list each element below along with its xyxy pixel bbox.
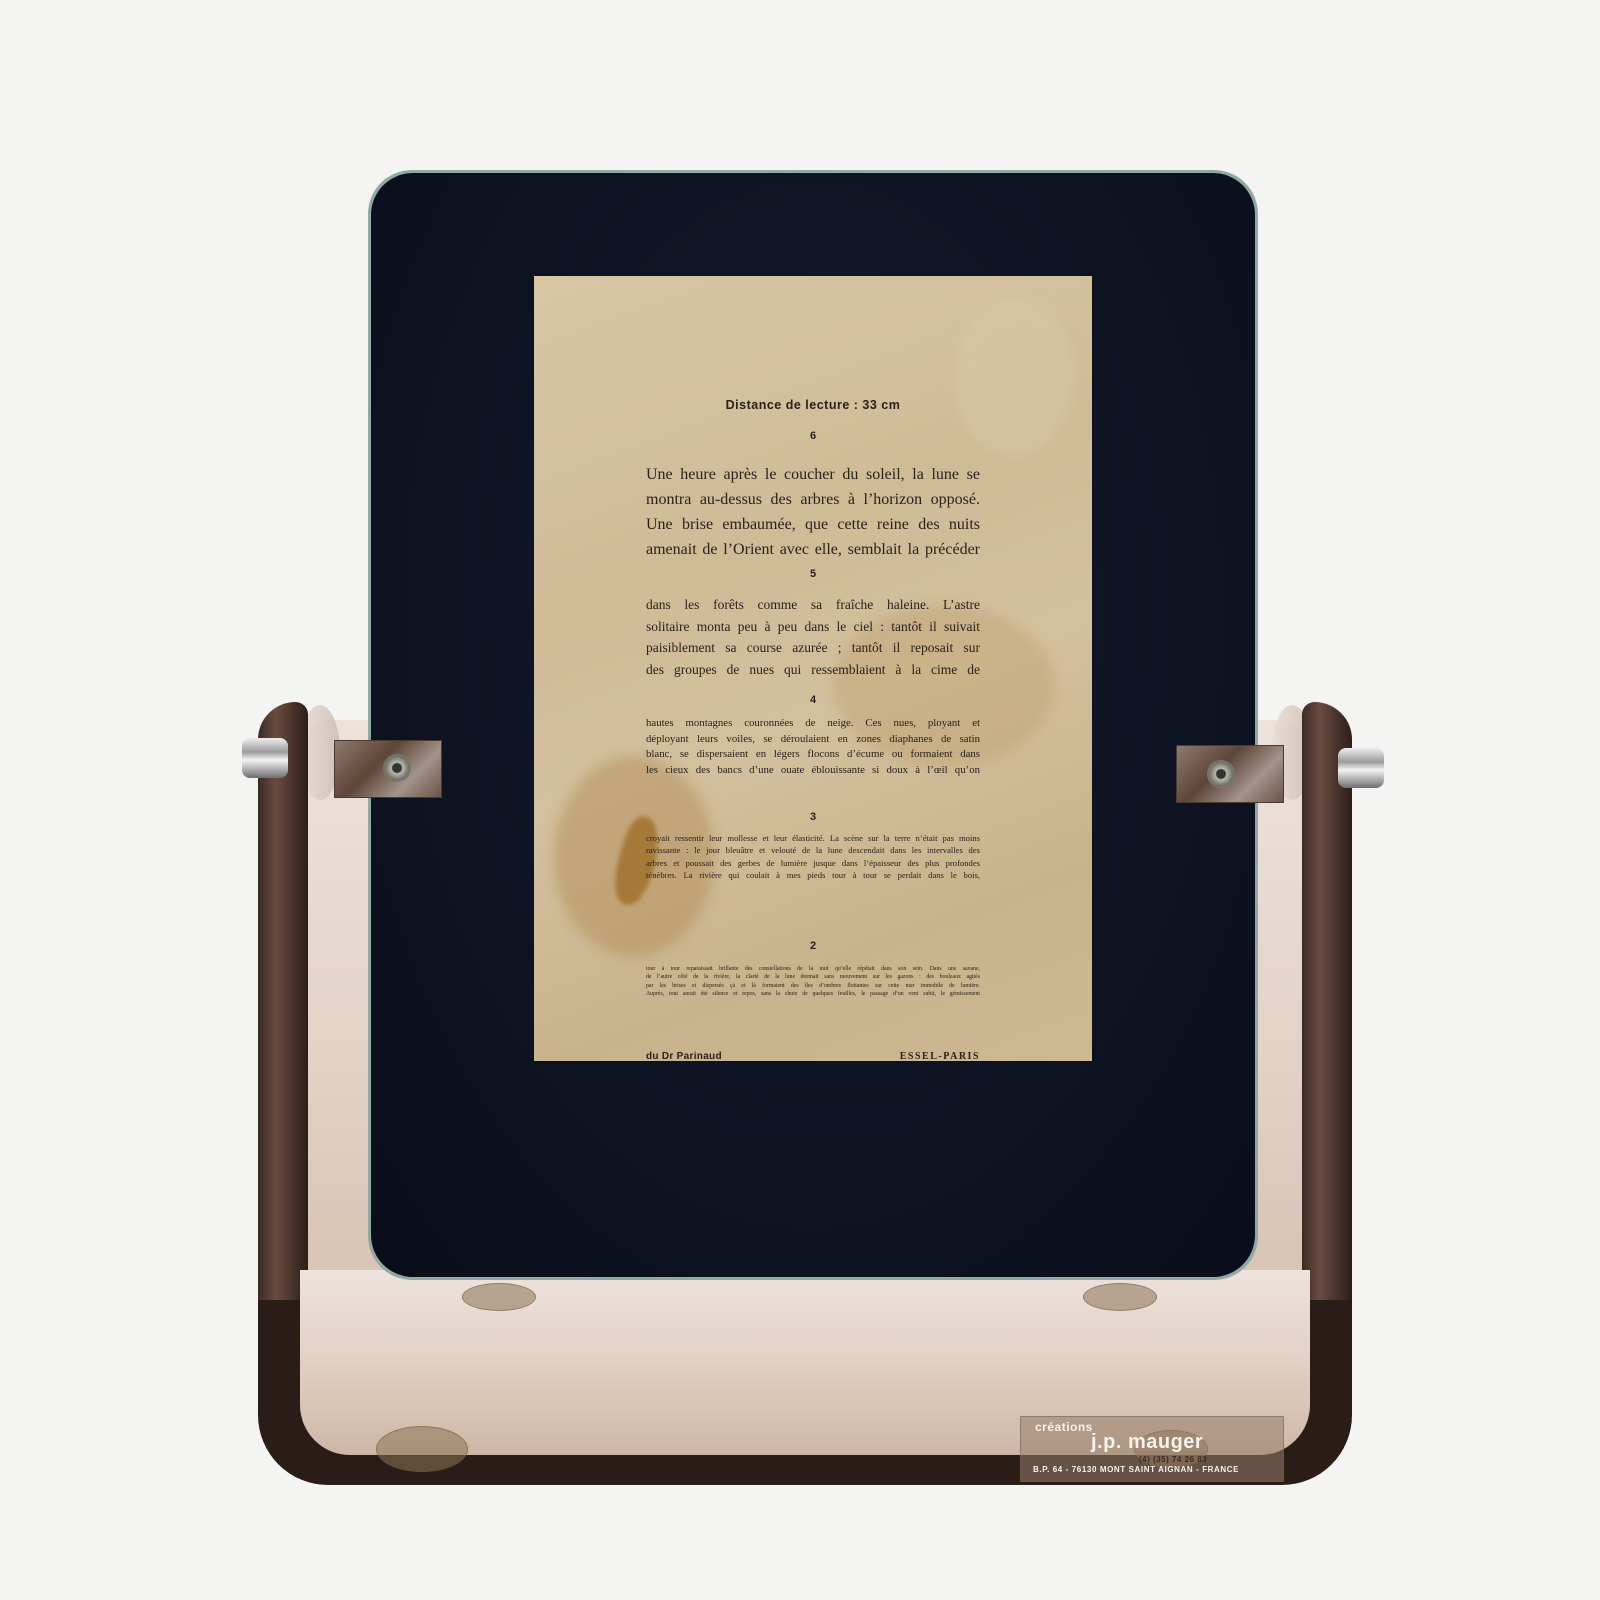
text-line: solitaire monta peu à peu dans le ciel :…	[646, 616, 980, 638]
reading-test-card: Distance de lecture : 33 cm 6 Une heure …	[534, 276, 1092, 1061]
chrome-knob-right	[1338, 748, 1384, 788]
text-line: déployant leurs voiles, se déroulaient e…	[646, 732, 980, 748]
product-photo: Distance de lecture : 33 cm 6 Une heure …	[0, 0, 1600, 1600]
section-number: 5	[534, 568, 1092, 580]
text-line: ténèbres. La rivière qui coulait à mes p…	[646, 869, 980, 881]
maker-brand: j.p. mauger	[1091, 1431, 1203, 1454]
maker-label: créations j.p. mauger (4) (35) 74 26 83 …	[1020, 1416, 1284, 1482]
metal-bracket-right	[1176, 745, 1284, 803]
text-line: tour à tour reparaissait brillante des c…	[646, 965, 980, 973]
text-line: Une heure après le coucher du soleil, la…	[646, 462, 980, 487]
text-line: hautes montagnes couronnées de neige. Ce…	[646, 716, 980, 732]
maker-label-line: créations	[1035, 1420, 1093, 1434]
text-line: par les brises et dispersés çà et là for…	[646, 982, 980, 990]
section-number: 4	[534, 694, 1092, 706]
acrylic-stand-right-arm	[1302, 702, 1352, 1312]
text-line: Auprès, tout aurait été silence et repos…	[646, 990, 980, 998]
card-footer: du Dr Parinaud ESSEL-PARIS	[646, 1051, 980, 1062]
chrome-knob-left	[242, 738, 288, 778]
section-number: 6	[534, 430, 1092, 442]
text-line: montra au-dessus des arbres à l’horizon …	[646, 487, 980, 512]
text-section-4: hautes montagnes couronnées de neige. Ce…	[646, 716, 980, 778]
text-line: paisiblement sa course azurée ; tantôt i…	[646, 637, 980, 659]
text-line: croyait ressentir leur mollesse et leur …	[646, 832, 980, 844]
text-line: les cieux des bancs d’une ouate éblouiss…	[646, 763, 980, 779]
text-line: de l’autre côté de la rivière, la clarté…	[646, 973, 980, 981]
text-line: arbres et poussait des gerbes de lumière…	[646, 857, 980, 869]
maker-phone: (4) (35) 74 26 83	[1139, 1455, 1207, 1464]
author-credit: du Dr Parinaud	[646, 1051, 722, 1062]
screw-icon	[1207, 760, 1235, 788]
text-line: blanc, se dispersaient en légers flocons…	[646, 747, 980, 763]
text-line: des groupes de nues qui ressemblaient à …	[646, 659, 980, 681]
text-section-3: croyait ressentir leur mollesse et leur …	[646, 832, 980, 882]
publisher-credit: ESSEL-PARIS	[900, 1051, 980, 1062]
reading-distance-heading: Distance de lecture : 33 cm	[534, 398, 1092, 412]
rubber-foot	[1083, 1283, 1157, 1311]
text-line: amenait de l’Orient avec elle, semblait …	[646, 537, 980, 562]
text-section-5: dans les forêts comme sa fraîche haleine…	[646, 594, 980, 680]
text-line: dans les forêts comme sa fraîche haleine…	[646, 594, 980, 616]
text-line: Une brise embaumée, que cette reine des …	[646, 512, 980, 537]
rubber-foot	[462, 1283, 536, 1311]
text-line: ravissante : le jour bleuâtre et velouté…	[646, 844, 980, 856]
metal-bracket-left	[334, 740, 442, 798]
acrylic-stand-left-arm	[258, 702, 308, 1312]
rubber-foot	[376, 1426, 468, 1472]
text-section-6: Une heure après le coucher du soleil, la…	[646, 462, 980, 562]
maker-address: B.P. 64 - 76130 MONT SAINT AIGNAN - FRAN…	[1033, 1465, 1239, 1474]
screw-icon	[383, 754, 411, 782]
text-section-2: tour à tour reparaissait brillante des c…	[646, 965, 980, 999]
section-number: 3	[534, 811, 1092, 823]
section-number: 2	[534, 940, 1092, 952]
